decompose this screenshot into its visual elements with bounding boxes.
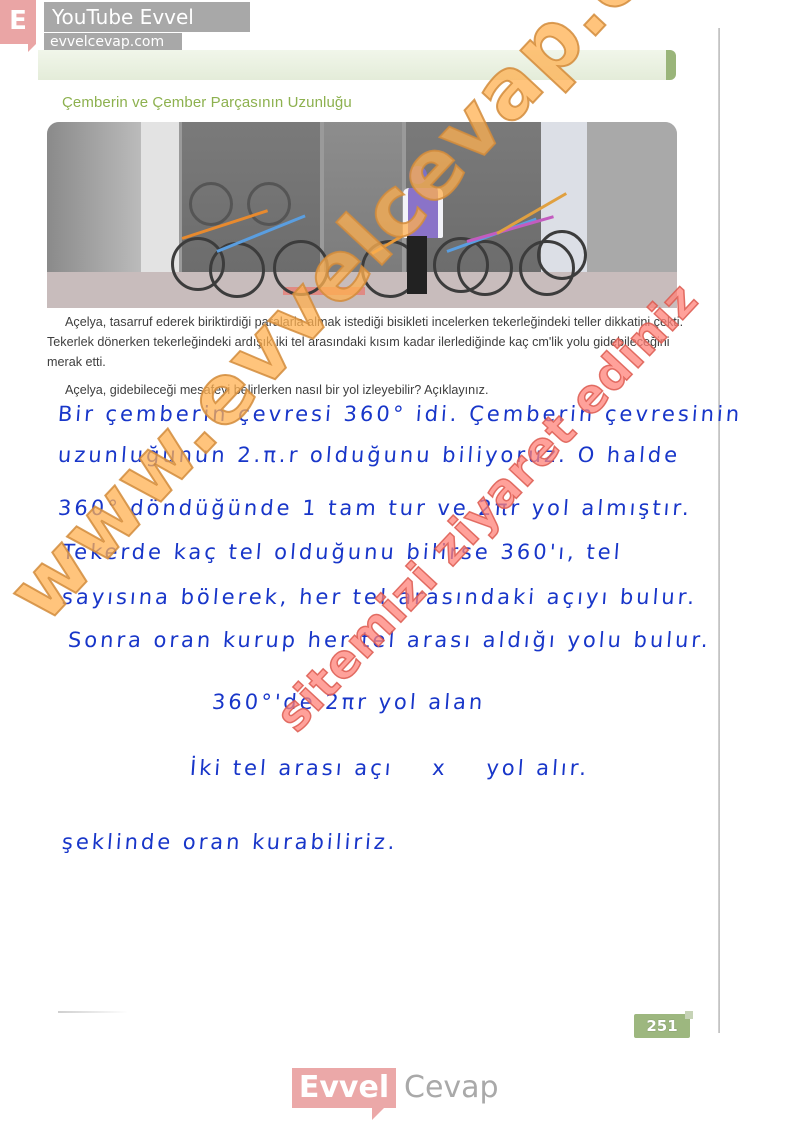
section-title: Çemberin ve Çember Parçasının Uzunluğu: [62, 94, 352, 111]
footer-rule: [58, 1011, 128, 1013]
bike-wheel-icon: [457, 240, 513, 296]
header-band-tab: [666, 50, 676, 80]
bike-wheel-icon: [189, 182, 233, 226]
bike-wheel-icon: [247, 182, 291, 226]
wall-right: [587, 122, 677, 272]
watermark-logo-badge: E: [0, 0, 36, 44]
footer-logo-cevap: Cevap: [404, 1068, 499, 1108]
bike-wheel-icon: [537, 230, 587, 280]
handwritten-line: İki tel arası açı x yol alır.: [189, 756, 590, 780]
handwritten-line: şeklinde oran kurabiliriz.: [61, 830, 398, 854]
footer-logo-evvel: Evvel: [292, 1068, 396, 1108]
page-margin-rule: [718, 28, 720, 1033]
watermark-channel-label: YouTube Evvel Cevap: [44, 2, 250, 32]
page-number-badge: 251: [634, 1014, 690, 1038]
